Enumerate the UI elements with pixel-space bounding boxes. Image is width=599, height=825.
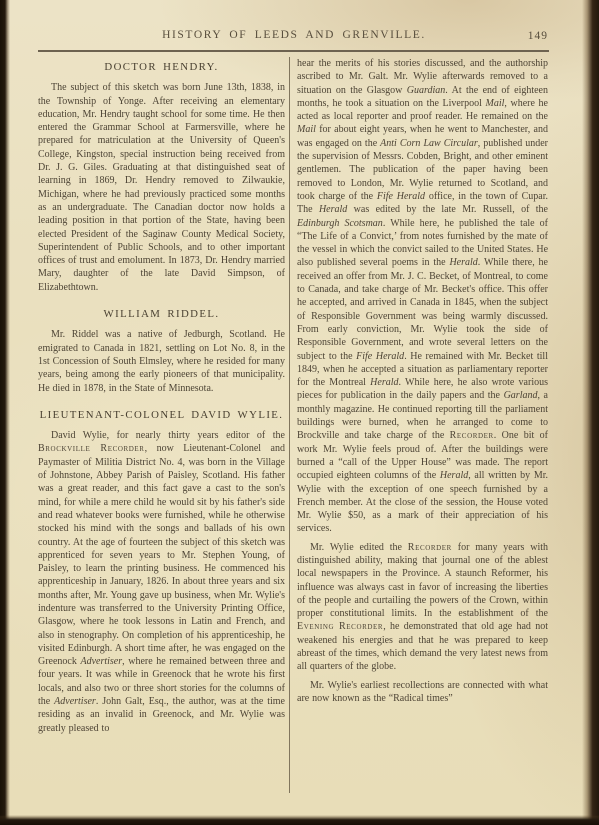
column-divider-rule [289, 57, 290, 793]
italic-text-run: Herald [370, 377, 398, 388]
italic-text-run: Mail [486, 98, 505, 109]
book-page-scan: HISTORY OF LEEDS AND GRENVILLE. 149 DOCT… [0, 0, 599, 825]
header-rule [38, 50, 549, 52]
smallcaps-text-run: Recorder [408, 542, 452, 553]
paragraph: hear the merits of his stories discussed… [297, 57, 548, 536]
paragraph: Mr. Riddel was a native of Jedburgh, Sco… [38, 328, 285, 394]
section-heading: DOCTOR HENDRY. [38, 61, 285, 74]
section-heading: LIEUTENANT-COLONEL DAVID WYLIE. [38, 409, 285, 422]
paragraph: Mr. Wylie edited the Recorder for many y… [297, 541, 548, 674]
section-heading: WILLIAM RIDDEL. [38, 308, 285, 321]
page-edge-bottom-shadow [0, 815, 599, 825]
text-run: for many years with distinguished abilit… [297, 542, 548, 619]
running-header-title: HISTORY OF LEEDS AND GRENVILLE. [40, 29, 548, 41]
italic-text-run: Advertiser [80, 656, 122, 667]
italic-text-run: Garland [504, 390, 538, 401]
italic-text-run: Herald [319, 204, 347, 215]
italic-text-run: Advertiser [54, 696, 96, 707]
paragraph: The subject of this sketch was born June… [38, 81, 285, 294]
right-column: hear the merits of his stories discussed… [297, 57, 548, 705]
text-run: Mr. Wylie edited the [310, 542, 408, 553]
italic-text-run: Anti Corn Law Circular [380, 138, 478, 149]
italic-text-run: Fife Herald [377, 191, 425, 202]
page-edge-right-shadow [582, 0, 599, 825]
italic-text-run: Herald [449, 257, 477, 268]
text-run: Mr. Riddel was a native of Jedburgh, Sco… [38, 329, 285, 393]
text-run: was edited by the late Mr. Russell, of t… [347, 204, 548, 215]
page-edge-left-shadow [0, 0, 10, 825]
left-column: DOCTOR HENDRY.The subject of this sketch… [38, 57, 285, 735]
text-run: David Wylie, for nearly thirty years edi… [51, 430, 285, 441]
text-run: Mr. Wylie's earliest recollections are c… [297, 680, 548, 704]
italic-text-run: Herald [440, 470, 468, 481]
smallcaps-text-run: Brockville Recorder [38, 443, 145, 454]
page-number: 149 [528, 30, 548, 42]
text-run: , now Lieutenant-Colonel and Paymaster o… [38, 443, 285, 667]
paragraph: David Wylie, for nearly thirty years edi… [38, 429, 285, 735]
paragraph: Mr. Wylie's earliest recollections are c… [297, 679, 548, 706]
text-run: The subject of this sketch was born June… [38, 82, 285, 292]
italic-text-run: Edinburgh Scotsman [297, 218, 383, 229]
smallcaps-text-run: Evening Recorder [297, 621, 383, 632]
italic-text-run: Fife Herald [356, 351, 404, 362]
running-header: HISTORY OF LEEDS AND GRENVILLE. 149 [40, 29, 548, 46]
italic-text-run: Guardian [407, 85, 446, 96]
italic-text-run: Mail [297, 124, 316, 135]
smallcaps-text-run: Recorder [450, 430, 494, 441]
text-run: . While there, he received an offer from… [297, 257, 548, 361]
